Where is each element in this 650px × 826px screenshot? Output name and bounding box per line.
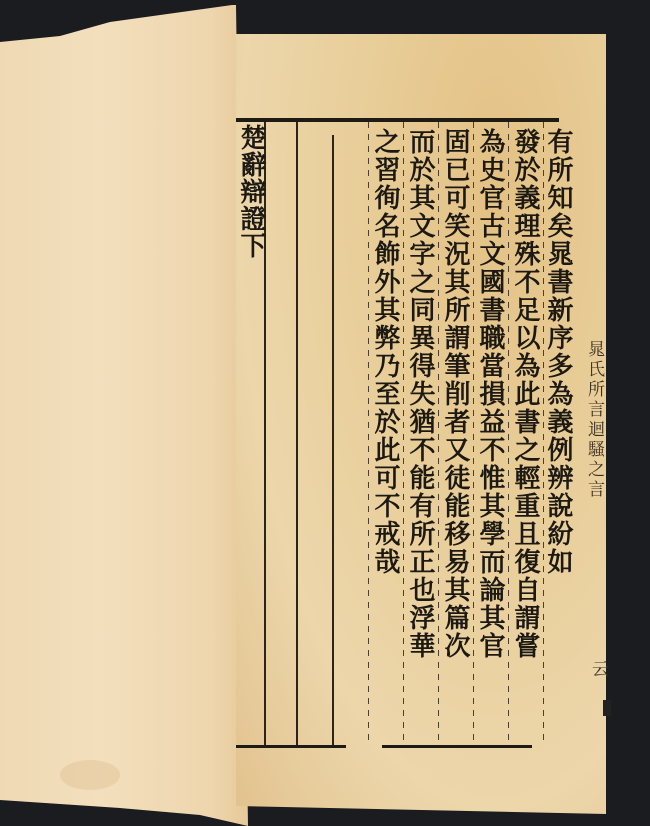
- text-column-1: 有所知矣晁書新序多為義例辨說紛如: [541, 128, 575, 576]
- margin-note: 云: [586, 660, 611, 680]
- text-column-3: 為史官古文國書職當損益不惟其學而論其官: [473, 128, 507, 660]
- title-column: 楚辭辯證下: [236, 124, 266, 259]
- text-column-4: 固已可笑況其所謂筆削者又徒能移易其篇次: [438, 128, 472, 660]
- paper-stain: [60, 760, 120, 790]
- column-rule: [296, 122, 298, 745]
- frame-top-border: [236, 118, 559, 122]
- text-column-6: 之習徇名飾外其弊乃至於此可不戒哉: [368, 128, 402, 576]
- column-rule: [332, 135, 334, 745]
- frame-bottom-border-right: [382, 745, 532, 748]
- text-column-2: 發於義理殊不足以為此書之輕重且復自謂嘗: [508, 128, 542, 660]
- left-page-blank: [0, 0, 248, 826]
- margin-note: 晁氏所言迴騷之言: [582, 340, 607, 500]
- text-column-5: 而於其文字之同異得失猶不能有所正也浮華: [403, 128, 437, 660]
- frame-bottom-border-left: [236, 745, 346, 748]
- edge-mark: [603, 700, 611, 716]
